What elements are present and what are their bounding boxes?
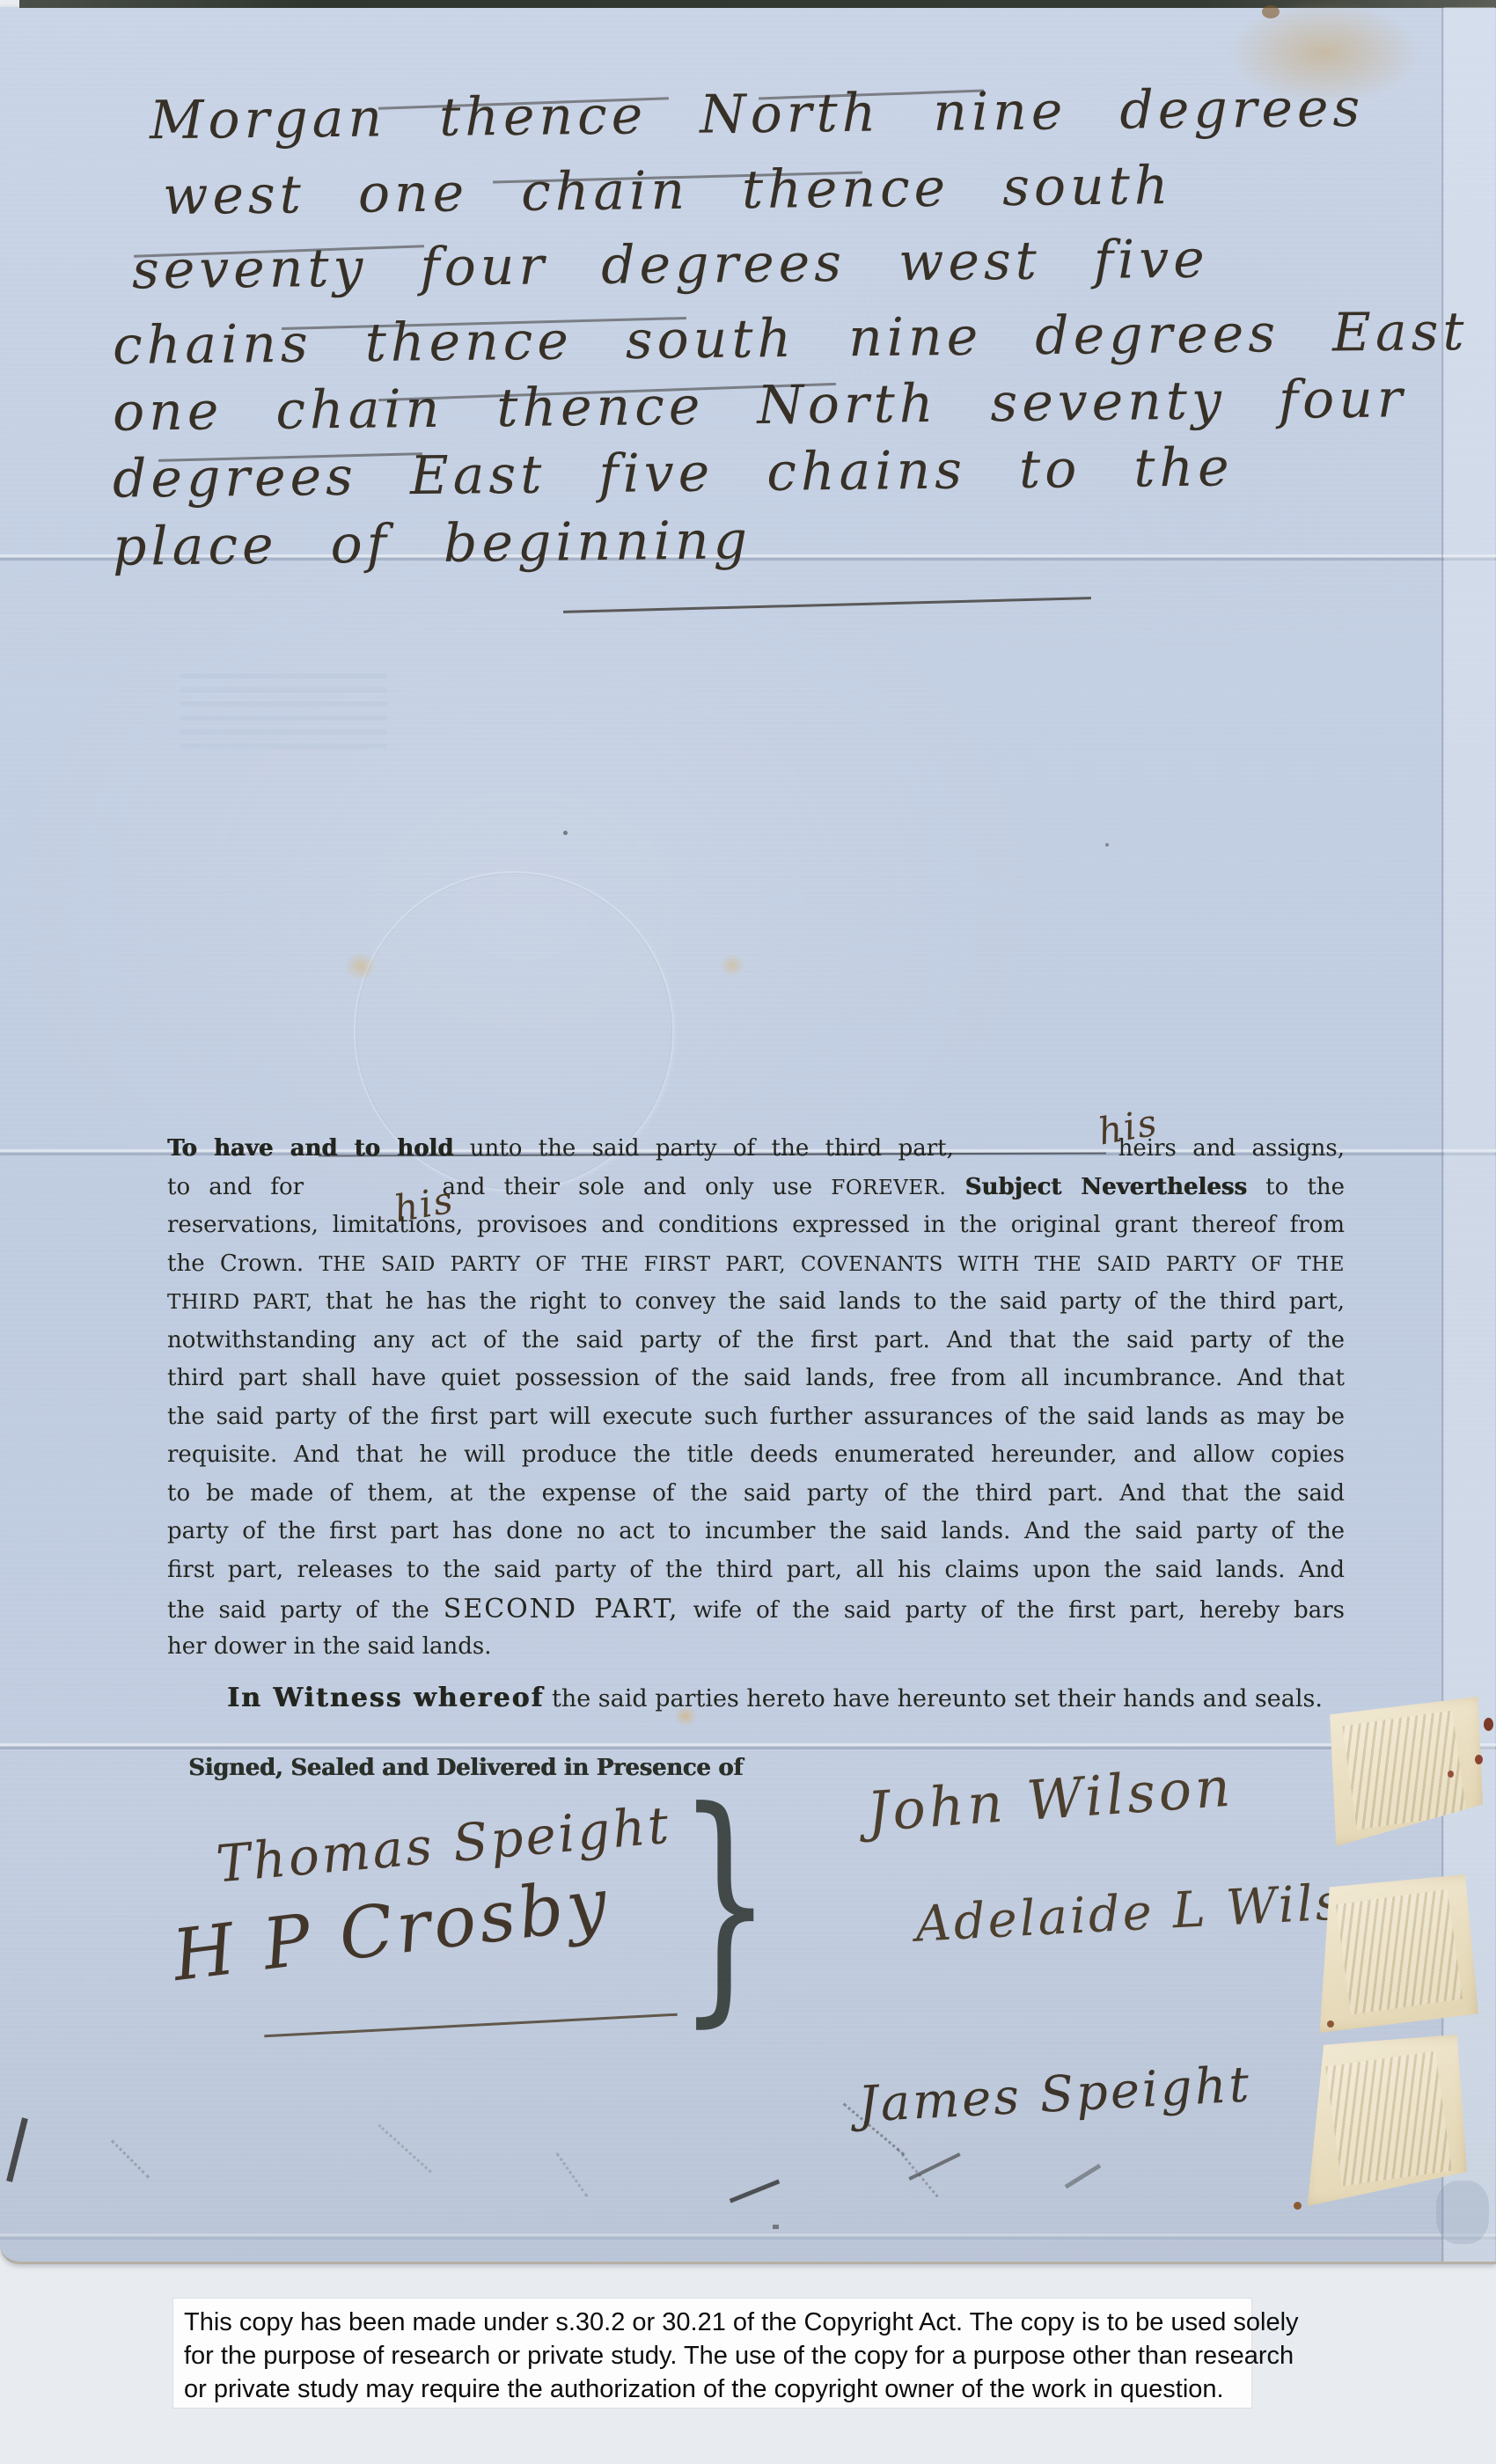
gothic-phrase: In Witness whereof [227, 1683, 544, 1713]
second-part-caps: SECOND PART, [444, 1594, 679, 1624]
small-caps-phrase: THE SAID PARTY OF THE FIRST PART, COVENA… [319, 1253, 1345, 1276]
printed-text: that he has the right to convey the said… [326, 1288, 1345, 1315]
printed-line-8: the said party of the first part will ex… [167, 1405, 1345, 1428]
copyright-line: This copy has been made under s.30.2 or … [173, 2299, 1251, 2339]
small-caps-word: FOREVER. [831, 1177, 946, 1199]
printed-text: wife of the said party of the first part… [693, 1597, 1345, 1624]
printed-line-11: party of the first part has done no act … [167, 1520, 1345, 1543]
printed-line-14: her dower in the said lands. [167, 1635, 1345, 1658]
printed-line-7: third part shall have quiet possession o… [167, 1367, 1345, 1390]
gothic-phrase: Subject Nevertheless [965, 1174, 1247, 1200]
copyright-notice: This copy has been made under s.30.2 or … [173, 2299, 1251, 2408]
printed-line-6: notwithstanding any act of the said part… [167, 1329, 1345, 1352]
printed-line-5: THIRD PART, that he has the right to con… [167, 1290, 1345, 1313]
printed-line-12: first part, releases to the said party o… [167, 1558, 1345, 1581]
printed-line-13: the said party of the SECOND PART, wife … [167, 1596, 1345, 1623]
printed-line-9: requisite. And that he will produce the … [167, 1443, 1345, 1466]
printed-text: heirs and assigns, [1118, 1135, 1345, 1162]
small-caps-phrase: THIRD PART, [167, 1291, 313, 1314]
printed-line-2: to and for and their sole and only use F… [167, 1176, 1345, 1199]
scanned-deed-screenshot: { "handwriting": { "lines": [ "Morgan th… [0, 0, 1496, 2464]
printed-text: to and for [167, 1174, 304, 1200]
copyright-line: or private study may require the authori… [173, 2372, 1251, 2406]
copyright-line: for the purpose of research or private s… [173, 2339, 1251, 2372]
gothic-phrase: To have and to hold [167, 1135, 453, 1162]
printed-text: the said party of the [167, 1597, 429, 1624]
witness-clause: In Witness whereof the said parties here… [227, 1683, 1323, 1713]
printed-text: and their sole and only use [443, 1174, 813, 1200]
printed-text: to the [1265, 1174, 1345, 1200]
printed-line-3: reservations, limitations, provisoes and… [167, 1214, 1345, 1236]
printed-line-1: To have and to hold unto the said party … [167, 1137, 1345, 1160]
scan-top-edge [19, 0, 1496, 8]
printed-text: unto the said party of the third part, [470, 1135, 954, 1162]
printed-line-10: to be made of them, at the expense of th… [167, 1482, 1345, 1505]
presence-clause: Signed, Sealed and Delivered in Presence… [188, 1755, 743, 1781]
printed-text: the said parties hereto have hereunto se… [552, 1685, 1323, 1712]
printed-line-4: the Crown. THE SAID PARTY OF THE FIRST P… [167, 1252, 1345, 1275]
printed-text: the Crown. [167, 1250, 304, 1277]
